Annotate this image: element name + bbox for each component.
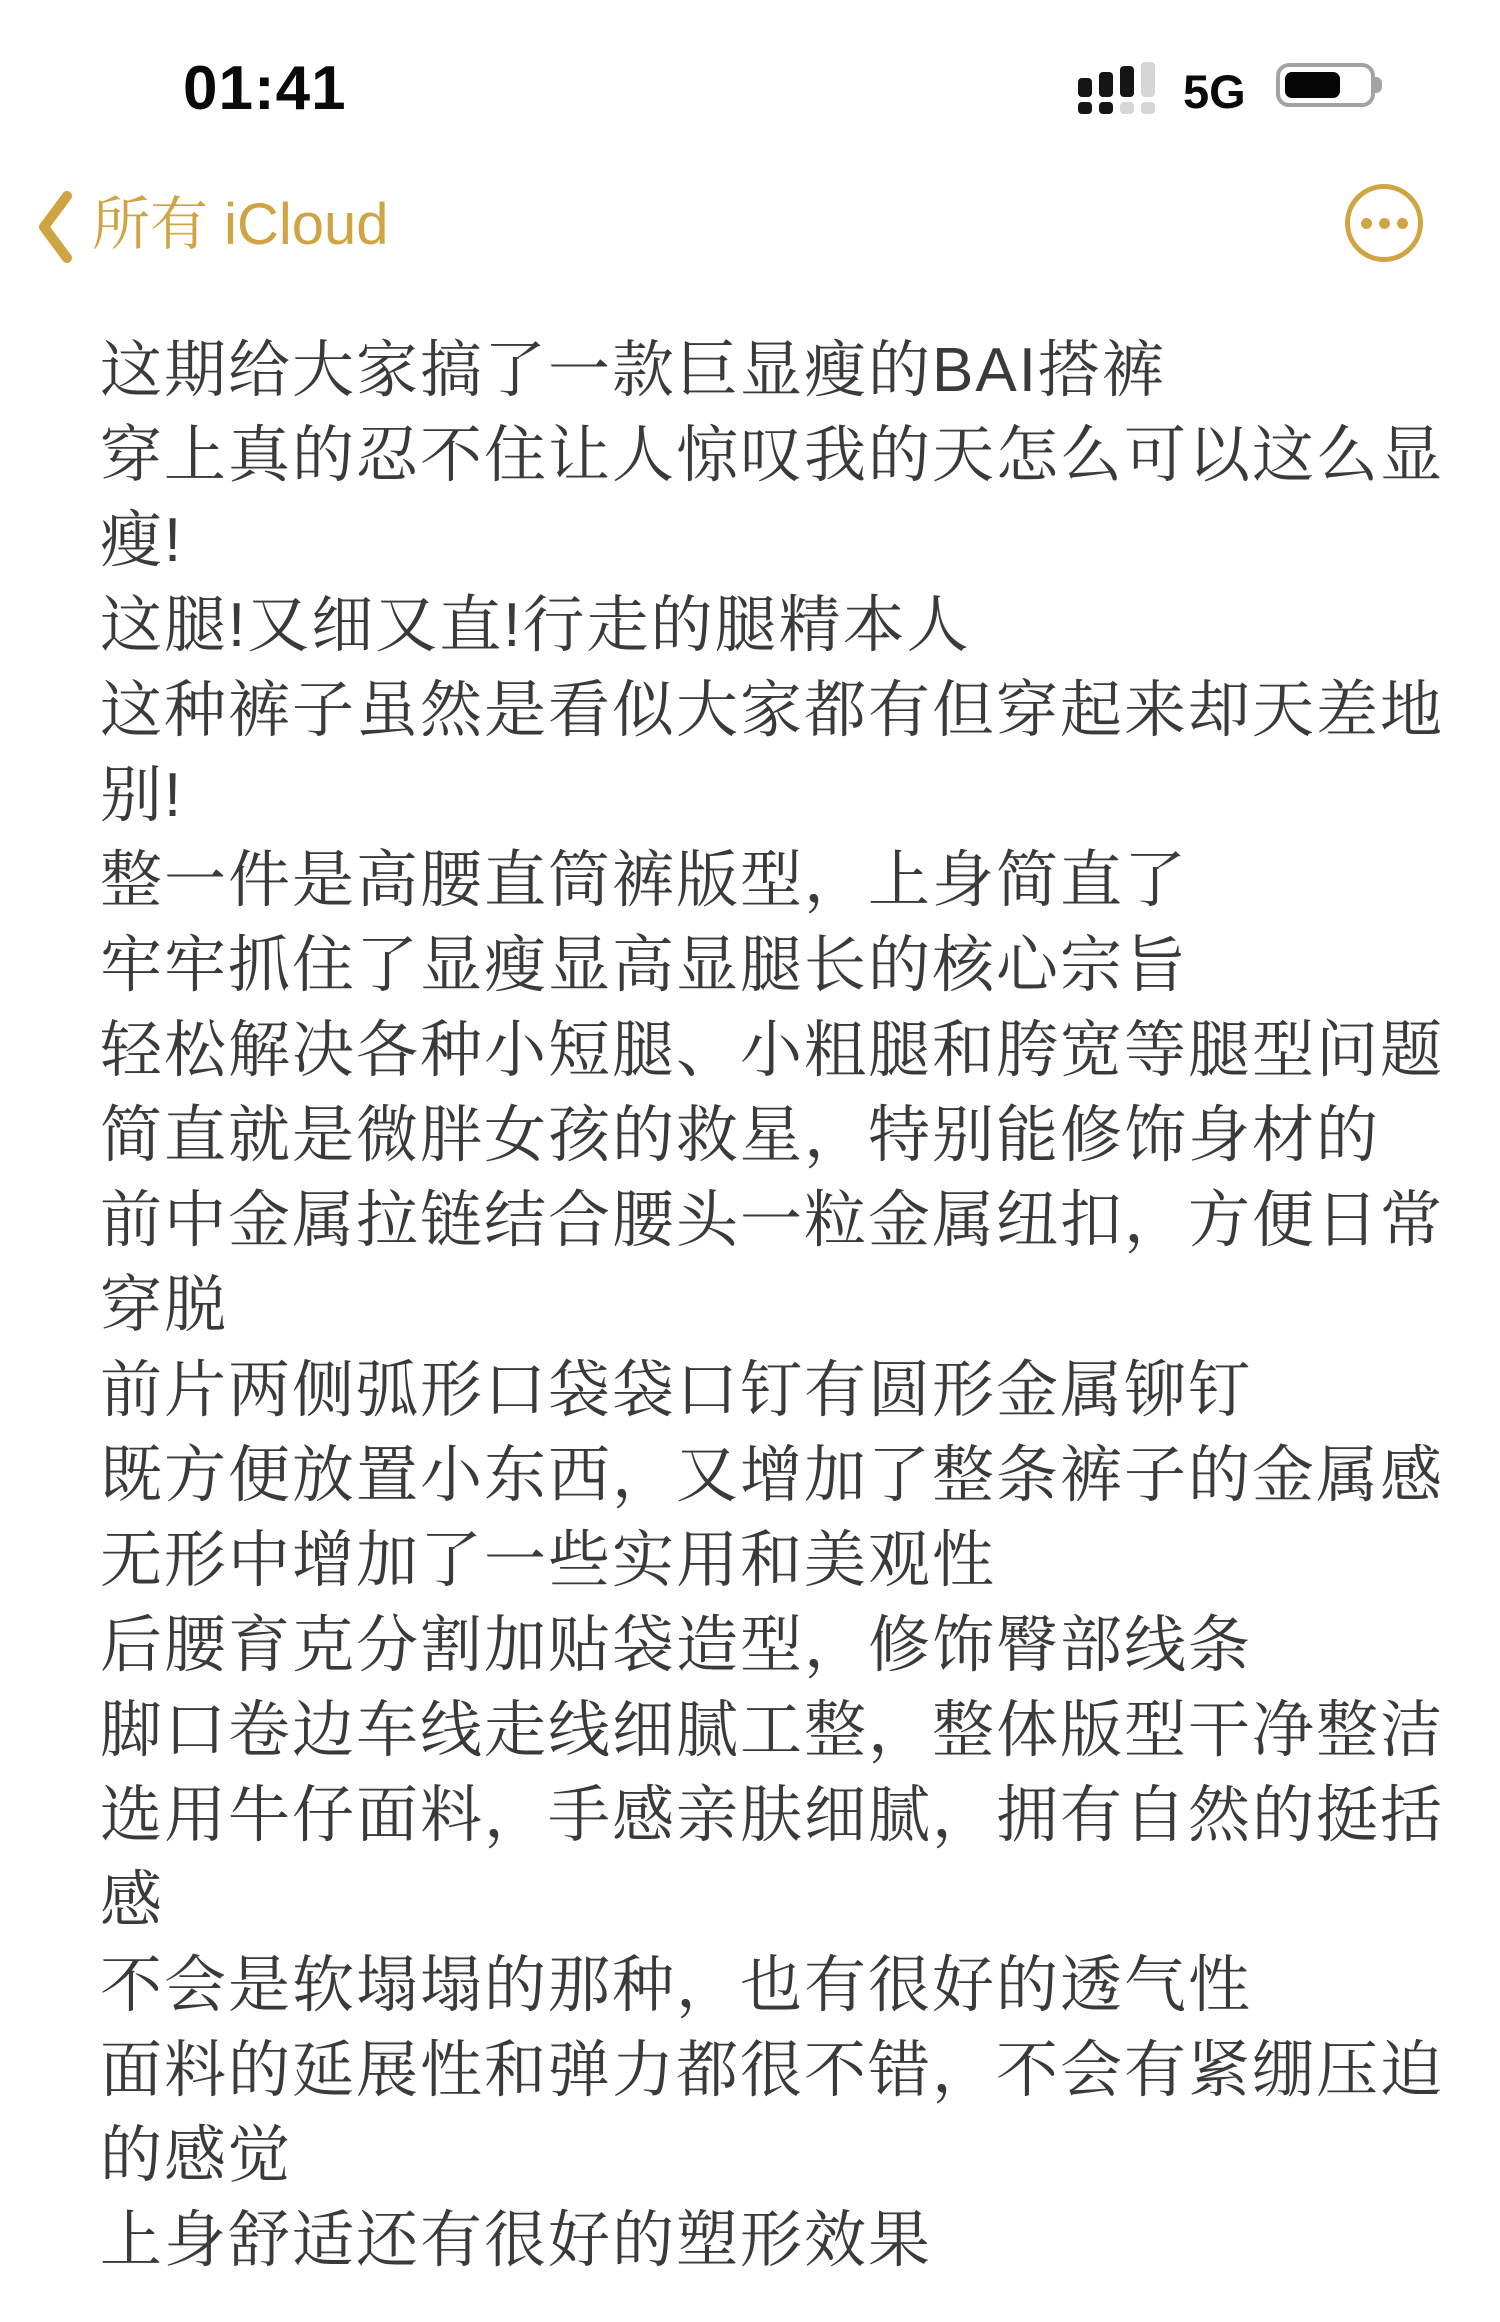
ellipsis-dot (1379, 218, 1390, 229)
battery-fill (1285, 72, 1340, 98)
note-paragraph[interactable]: 这腿!又细又直!行走的腿精本人 (100, 583, 1462, 668)
note-paragraph[interactable]: 前中金属拉链结合腰头一粒金属纽扣，方便日常穿脱 (100, 1178, 1462, 1348)
note-paragraph[interactable]: 后腰育克分割加贴袋造型，修饰臀部线条 (100, 1603, 1462, 1688)
note-paragraph[interactable]: 这期给大家搞了一款巨显瘦的BAI搭裤 (100, 328, 1462, 413)
signal-bar-3 (1120, 66, 1134, 97)
note-paragraph[interactable]: 不会是软塌塌的那种，也有很好的透气性 (100, 1943, 1462, 2028)
note-paragraph[interactable]: 轻松解决各种小短腿、小粗腿和胯宽等腿型问题 (100, 1008, 1462, 1093)
note-paragraph[interactable]: 前片两侧弧形口袋袋口钉有圆形金属铆钉 (100, 1348, 1462, 1433)
dual-sim-cellular-signal-icon (1078, 62, 1158, 114)
note-body[interactable]: 这期给大家搞了一款巨显瘦的BAI搭裤穿上真的忍不住让人惊叹我的天怎么可以这么显瘦… (100, 328, 1462, 2283)
status-bar: 01:41 5G (0, 0, 1500, 130)
battery-icon (1276, 63, 1390, 107)
note-paragraph[interactable]: 脚口卷边车线走线细腻工整，整体版型干净整洁 (100, 1688, 1462, 1773)
network-type-label: 5G (1183, 68, 1246, 115)
signal-dot-4 (1141, 102, 1155, 114)
status-time: 01:41 (183, 58, 347, 120)
back-button-label: 所有 iCloud (92, 196, 389, 258)
note-paragraph[interactable]: 无形中增加了一些实用和美观性 (100, 1518, 1462, 1603)
more-options-button[interactable] (1345, 184, 1423, 262)
note-paragraph[interactable]: 上身舒适还有很好的塑形效果 (100, 2198, 1462, 2283)
notes-app-screen: 01:41 5G 所有 iCloud (0, 0, 1500, 2322)
signal-dot-2 (1099, 102, 1113, 114)
signal-bar-4 (1141, 62, 1155, 97)
note-paragraph[interactable]: 这种裤子虽然是看似大家都有但穿起来却天差地别! (100, 668, 1462, 838)
note-paragraph[interactable]: 整一件是高腰直筒裤版型，上身简直了 (100, 838, 1462, 923)
chevron-left-icon (36, 189, 74, 265)
signal-bar-1 (1078, 78, 1092, 97)
back-button[interactable]: 所有 iCloud (36, 168, 389, 286)
note-paragraph[interactable]: 面料的延展性和弹力都很不错，不会有紧绷压迫的感觉 (100, 2028, 1462, 2198)
note-paragraph[interactable]: 简直就是微胖女孩的救星，特别能修饰身材的 (100, 1093, 1462, 1178)
note-paragraph[interactable]: 穿上真的忍不住让人惊叹我的天怎么可以这么显瘦! (100, 413, 1462, 583)
signal-dot-1 (1078, 102, 1092, 114)
battery-body (1276, 63, 1375, 107)
nav-bar: 所有 iCloud (0, 168, 1500, 286)
signal-bar-2 (1099, 72, 1113, 97)
ellipsis-dot (1397, 218, 1408, 229)
note-paragraph[interactable]: 牢牢抓住了显瘦显高显腿长的核心宗旨 (100, 923, 1462, 1008)
signal-dot-3 (1120, 102, 1134, 114)
ellipsis-circle-icon (1361, 218, 1372, 229)
battery-nub (1375, 77, 1382, 93)
note-paragraph[interactable]: 选用牛仔面料，手感亲肤细腻，拥有自然的挺括感 (100, 1773, 1462, 1943)
note-paragraph[interactable]: 既方便放置小东西，又增加了整条裤子的金属感 (100, 1433, 1462, 1518)
